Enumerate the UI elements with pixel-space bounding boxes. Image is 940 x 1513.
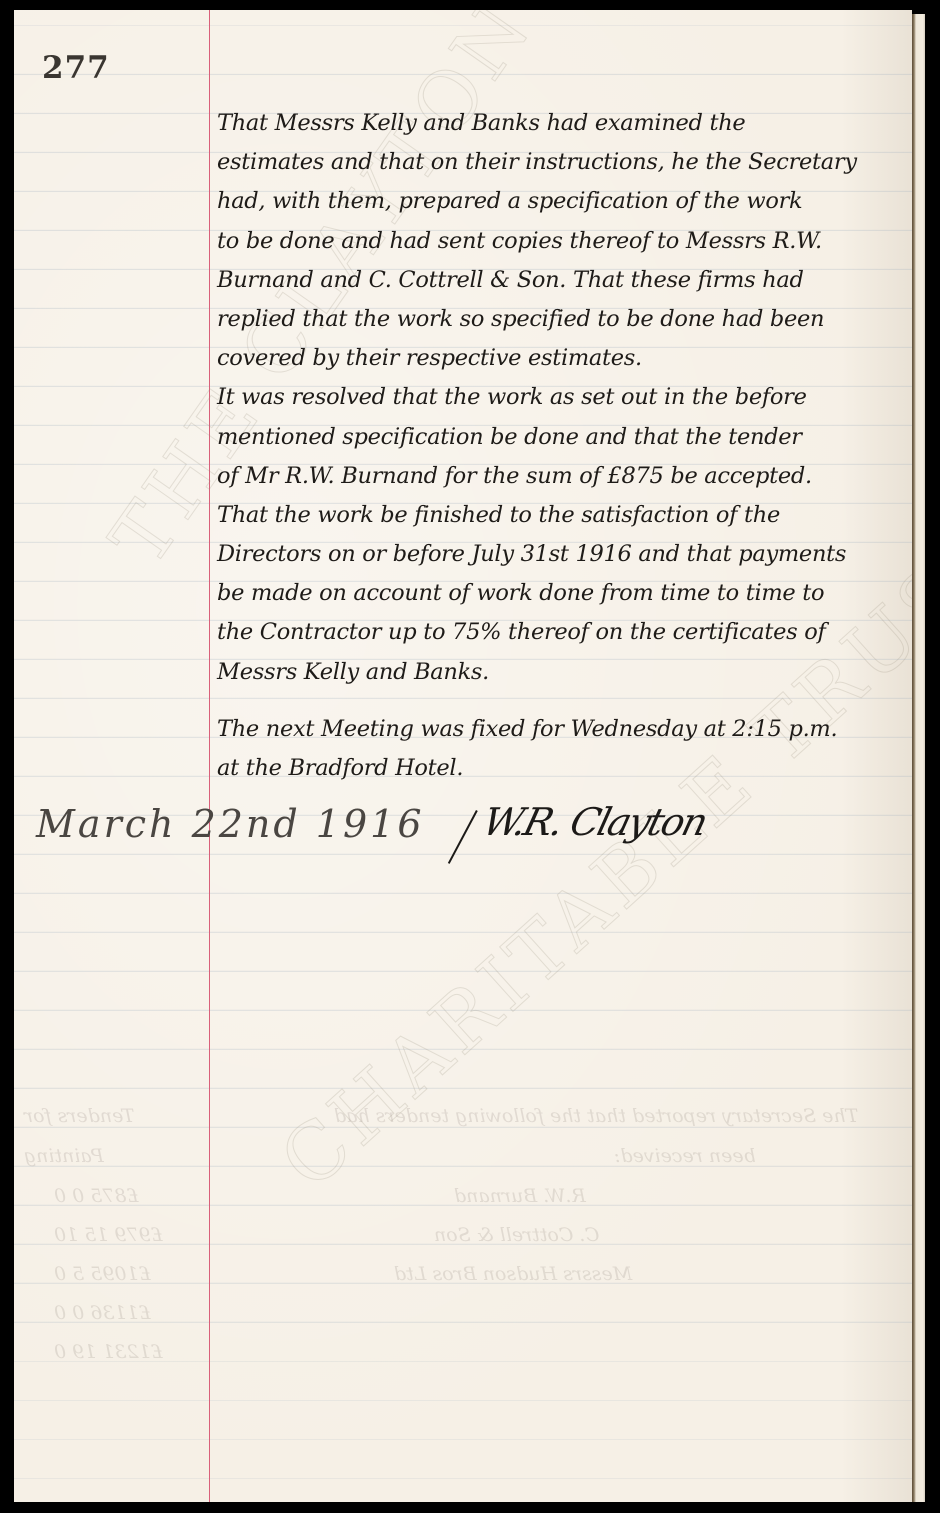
bleed-through-text: £1231 19 0 bbox=[54, 1341, 163, 1363]
bleed-through-text: £979 15 10 bbox=[54, 1224, 163, 1246]
bleed-through-text: £875 0 0 bbox=[54, 1185, 139, 1207]
bleed-through-text: Messrs Hudson Bros Ltd bbox=[394, 1263, 632, 1285]
text-line: to be done and had sent copies thereof t… bbox=[217, 222, 907, 261]
text-line: the Contractor up to 75% thereof on the … bbox=[217, 613, 907, 652]
text-line: Messrs Kelly and Banks. bbox=[217, 653, 907, 692]
chairman-signature: W.R. Clayton bbox=[479, 800, 711, 844]
book-binding-edge bbox=[912, 14, 925, 1502]
bleed-through-text: Painting bbox=[24, 1145, 104, 1167]
text-line: replied that the work so specified to be… bbox=[217, 300, 907, 339]
minutes-entry: That Messrs Kelly and Banks had examined… bbox=[217, 104, 907, 788]
text-line: Directors on or before July 31st 1916 an… bbox=[217, 535, 907, 574]
bleed-through-text: £1095 5 0 bbox=[54, 1263, 151, 1285]
text-line: mentioned specification be done and that… bbox=[217, 418, 907, 457]
margin-rule bbox=[209, 10, 210, 1502]
text-line: That Messrs Kelly and Banks had examined… bbox=[217, 104, 907, 143]
text-line: That the work be finished to the satisfa… bbox=[217, 496, 907, 535]
bleed-through-text: £1136 0 0 bbox=[54, 1302, 151, 1324]
text-line: covered by their respective estimates. bbox=[217, 339, 907, 378]
paragraph-next-meeting: The next Meeting was fixed for Wednesday… bbox=[217, 710, 907, 788]
paragraph-tenders-examined: That Messrs Kelly and Banks had examined… bbox=[217, 104, 907, 378]
paragraph-resolution: It was resolved that the work as set out… bbox=[217, 378, 907, 692]
page-number: 277 bbox=[42, 50, 110, 86]
text-line: Burnand and C. Cottrell & Son. That thes… bbox=[217, 261, 907, 300]
margin-date: March 22nd 1916 bbox=[36, 802, 425, 846]
text-line: be made on account of work done from tim… bbox=[217, 574, 907, 613]
text-line: The next Meeting was fixed for Wednesday… bbox=[217, 710, 907, 749]
bleed-through-text: C. Cottrell & Son bbox=[434, 1224, 599, 1246]
text-line: at the Bradford Hotel. bbox=[217, 749, 907, 788]
text-line: It was resolved that the work as set out… bbox=[217, 378, 907, 417]
bleed-through-text: been received: bbox=[614, 1145, 756, 1167]
bleed-through-text: R.W. Burnand bbox=[454, 1185, 586, 1207]
text-line: estimates and that on their instructions… bbox=[217, 143, 907, 182]
ledger-page: Tenders for Painting The Secretary repor… bbox=[14, 10, 912, 1502]
text-line: of Mr R.W. Burnand for the sum of £875 b… bbox=[217, 457, 907, 496]
bleed-through-text: Tenders for bbox=[24, 1105, 135, 1127]
text-line: had, with them, prepared a specification… bbox=[217, 182, 907, 221]
